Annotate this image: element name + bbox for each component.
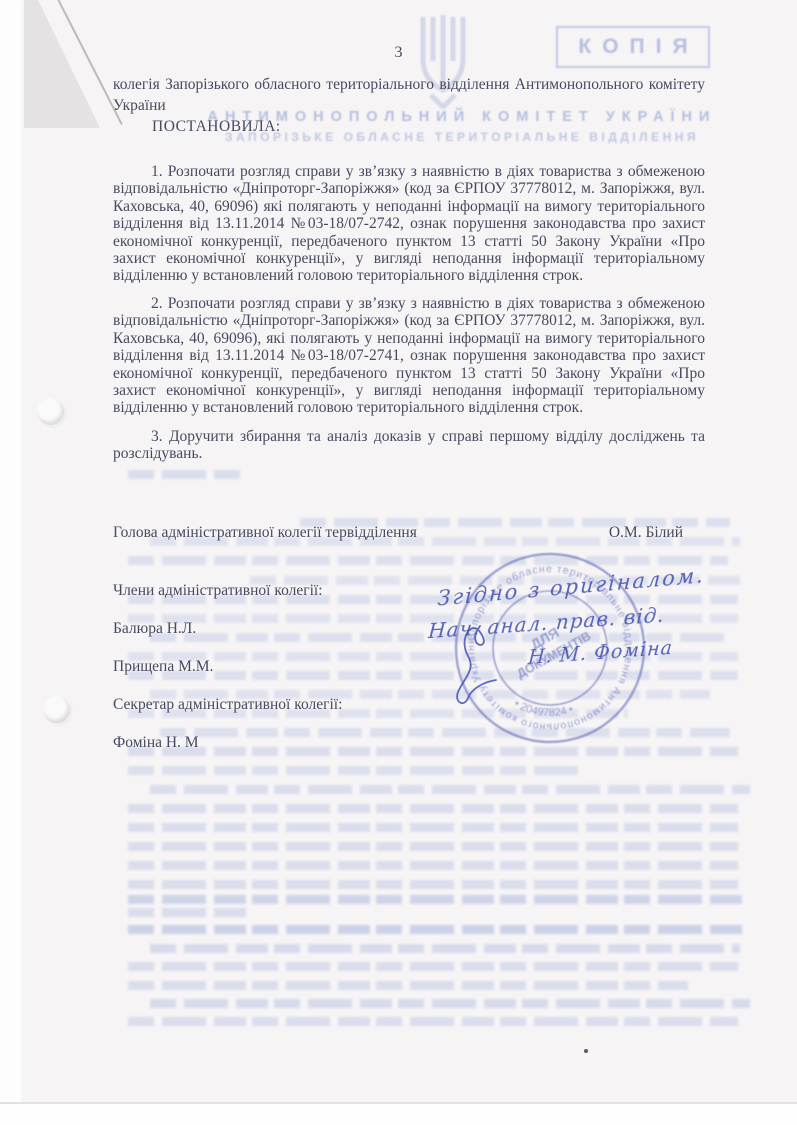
- bleed-line: [128, 1017, 738, 1026]
- members-label: Члени адміністративної колегії:: [113, 582, 323, 600]
- bleed-line: [150, 944, 740, 953]
- bleed-line: [128, 981, 688, 990]
- secretary-name: Фоміна Н. М: [113, 734, 199, 752]
- hole-punch-top: [37, 398, 64, 425]
- bleed-line: [128, 747, 738, 756]
- bleed-line: [128, 823, 738, 832]
- page-number: 3: [0, 44, 797, 62]
- bleed-line: [150, 999, 750, 1008]
- bleed-line: [128, 470, 240, 479]
- member-name-1: Балюра Н.Л.: [113, 620, 196, 638]
- secretary-label: Секретар адміністративної колегії:: [113, 696, 342, 714]
- bleed-line: [128, 861, 738, 870]
- scanner-background: [0, 1104, 797, 1125]
- chair-name: О.М. Білий: [609, 524, 683, 542]
- hole-punch-bottom: [43, 696, 70, 723]
- resolved-heading: ПОСТАНОВИЛА:: [152, 118, 281, 136]
- bleed-line: [128, 804, 738, 813]
- bleed-line: [128, 962, 738, 971]
- bleed-line: [150, 785, 750, 794]
- intro-paragraph: колегія Запорізького обласного територіа…: [113, 74, 705, 116]
- scanned-document-page: КОПІЯ АНТИМОНОПОЛЬНИЙ КОМІТЕТ УКРАЇНИ ЗА…: [0, 0, 797, 1125]
- handwritten-signature: [450, 622, 520, 712]
- bleed-line: [128, 766, 578, 775]
- member-name-2: Прищепа М.М.: [113, 658, 213, 676]
- bleed-line: [128, 925, 748, 934]
- bleed-line: [128, 842, 738, 851]
- decision-paragraph-3: 3. Доручити збирання та аналіз доказів у…: [113, 428, 705, 463]
- decision-paragraph-2: 2. Розпочати розгляд справи у зв’язку з …: [113, 295, 705, 417]
- bleed-line: [128, 895, 748, 904]
- bleed-line: [128, 908, 248, 917]
- bleed-line: [128, 880, 738, 889]
- chair-signature-row: Голова адміністративної колегії тервідді…: [113, 524, 683, 542]
- decision-paragraph-1: 1. Розпочати розгляд справи у зв’язку з …: [113, 163, 705, 285]
- chair-label: Голова адміністративної колегії тервідді…: [113, 524, 417, 542]
- ink-dot-artifact: [584, 1049, 588, 1053]
